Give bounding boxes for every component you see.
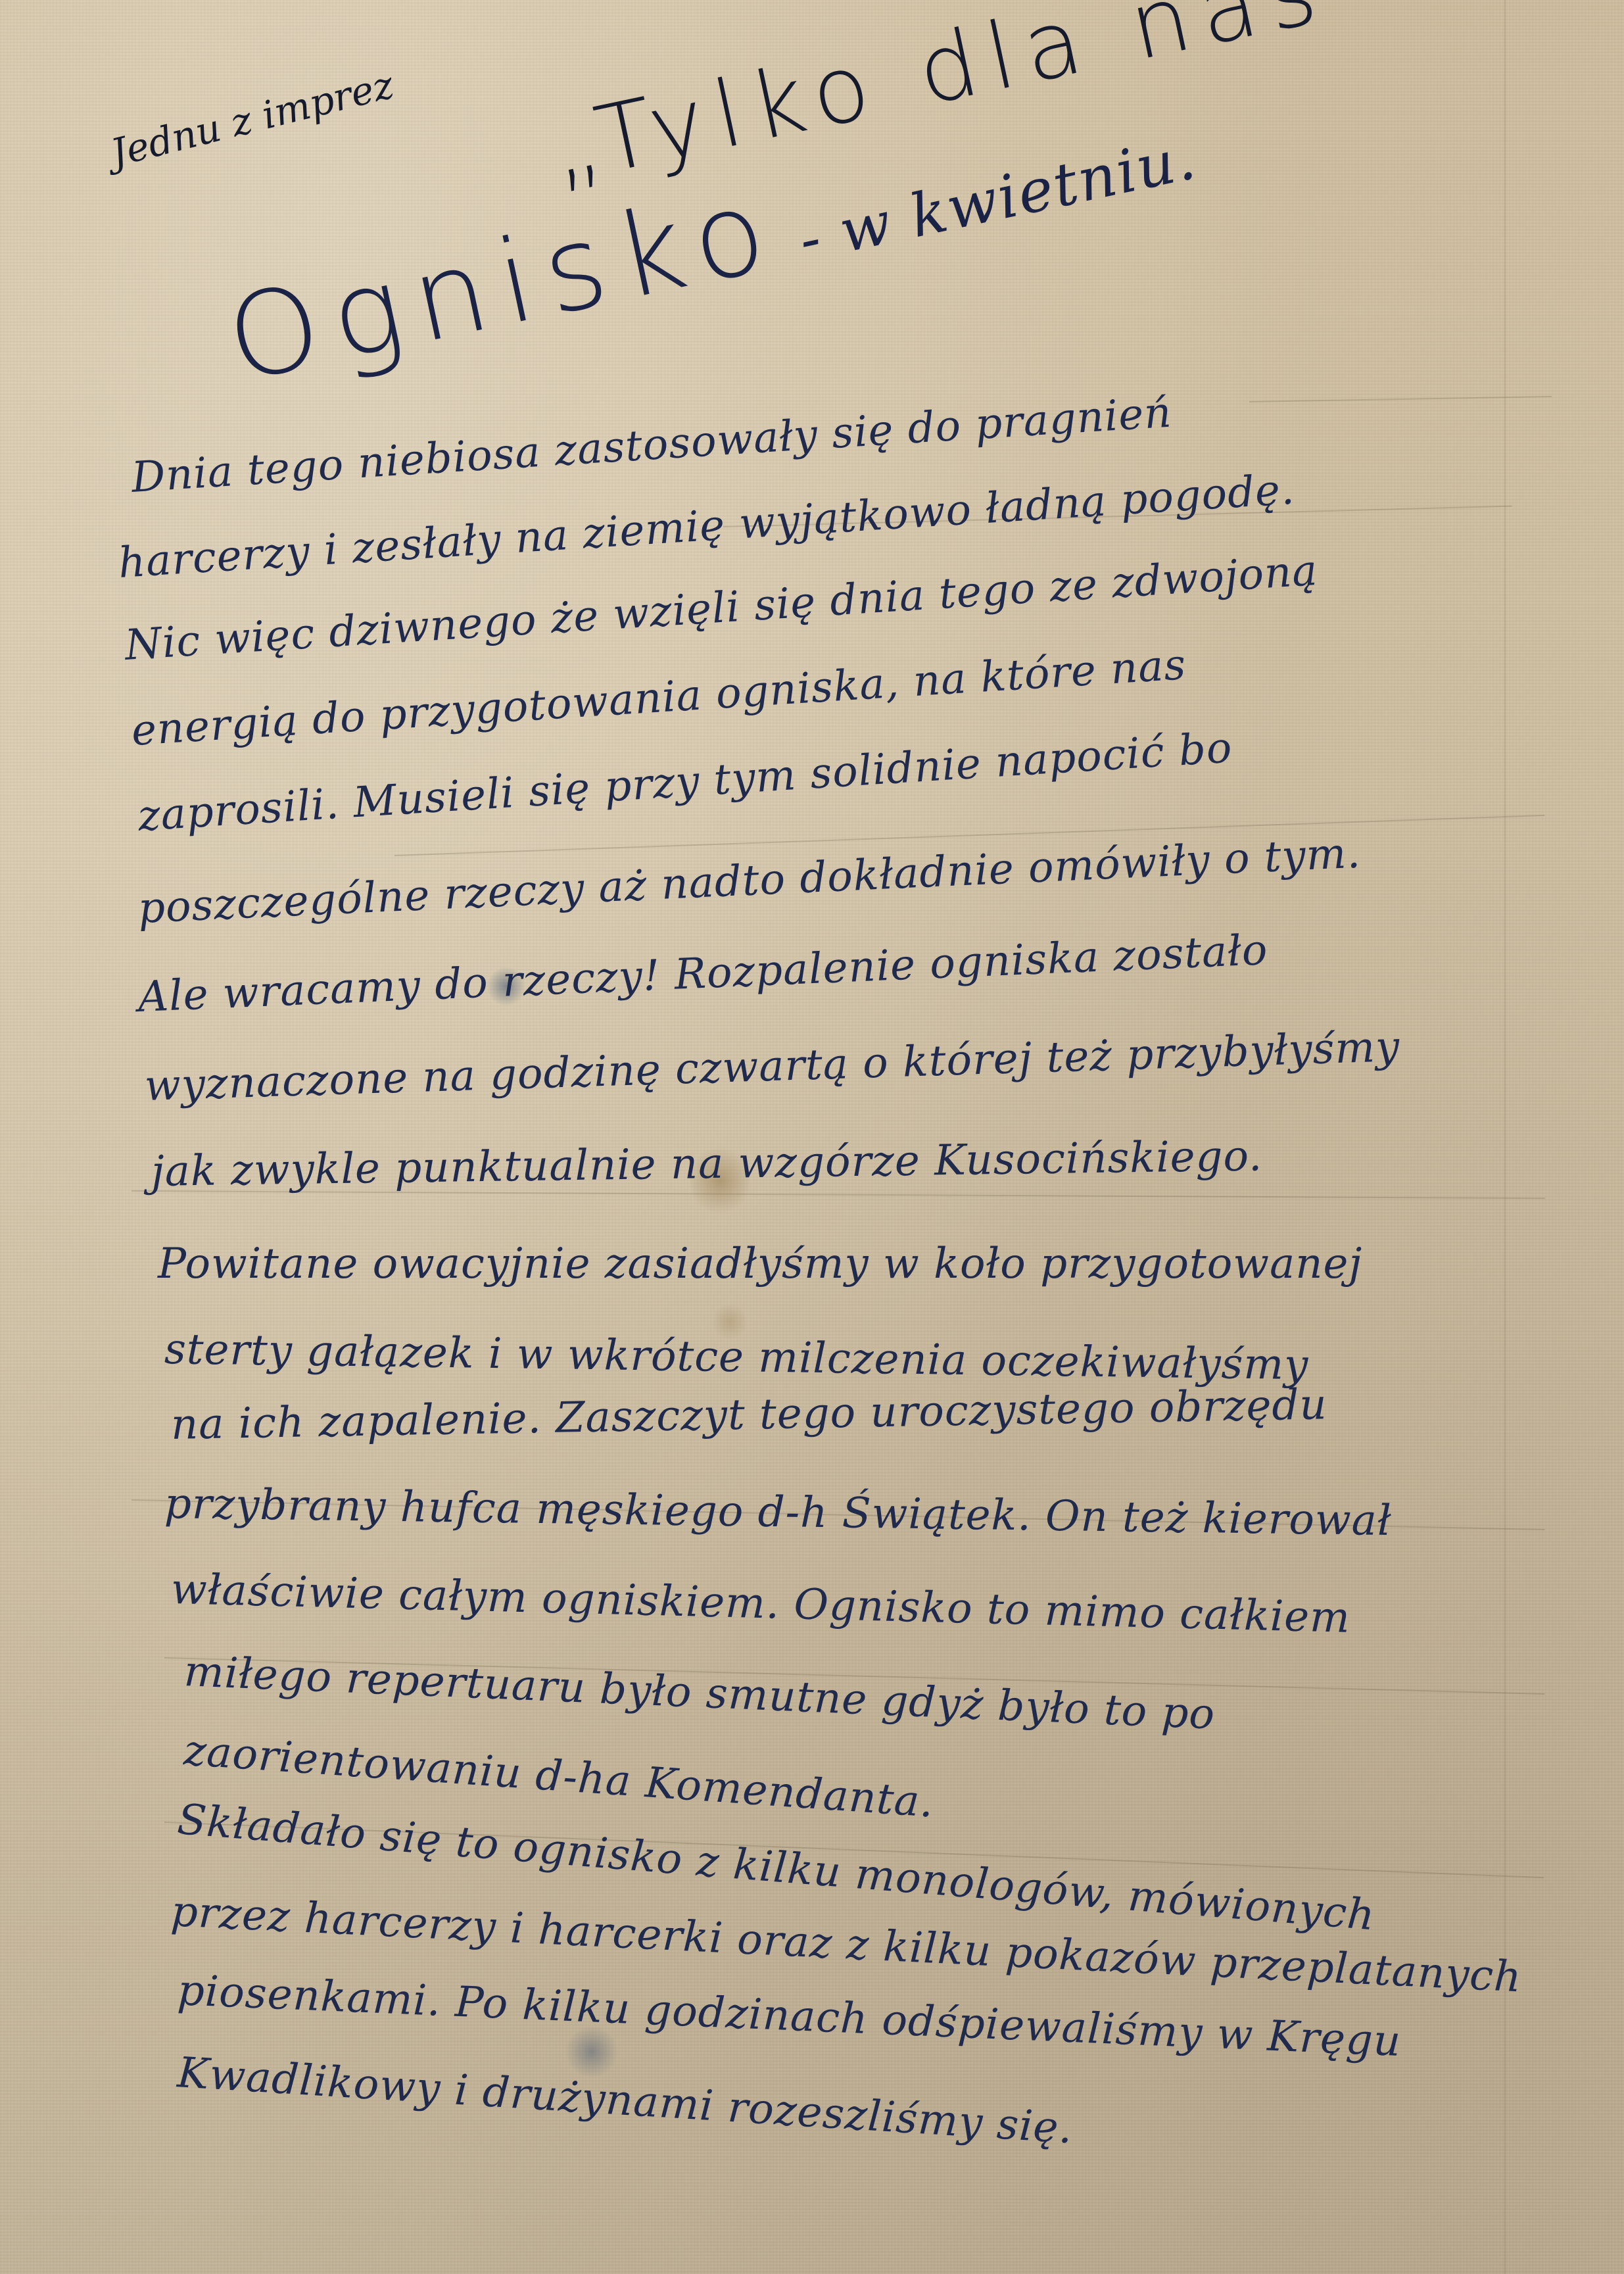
header-note: Jednu z imprez	[107, 62, 398, 176]
body-line: na ich zapalenie. Zaszczyt tego uroczyst…	[170, 1380, 1327, 1449]
title-main: Ognisko	[216, 162, 790, 408]
ruled-line	[1249, 396, 1552, 402]
body-line: Ale wracamy do rzeczy! Rozpalenie ognisk…	[137, 926, 1268, 1022]
body-line: Kwadlikowy i drużynami rozeszliśmy się.	[176, 2048, 1074, 2154]
ink-blot	[565, 2025, 618, 2078]
body-line: wyznaczone na godzinę czwartą o której t…	[144, 1023, 1400, 1111]
body-line: Powitane owacyjnie zasiadłyśmy w koło pr…	[158, 1240, 1362, 1288]
body-line: jak zwykle punktualnie na wzgórze Kusoci…	[151, 1132, 1262, 1196]
title-subtitle: w kwietniu.	[834, 124, 1203, 266]
body-line: miłego repertuaru było smutne gdyż było …	[183, 1647, 1216, 1739]
body-line: sterty gałązek i w wkrótce milczenia ocz…	[164, 1325, 1308, 1390]
body-line: właściwie całym ogniskiem. Ognisko to mi…	[170, 1565, 1351, 1643]
handwritten-page: Jednu z imprez „Tylko dla nas Ognisko - …	[0, 0, 1624, 2274]
body-line: poszczególne rzeczy aż nadto dokładnie o…	[137, 829, 1362, 933]
body-line: przybrany hufca męskiego d-h Świątek. On…	[164, 1480, 1392, 1545]
